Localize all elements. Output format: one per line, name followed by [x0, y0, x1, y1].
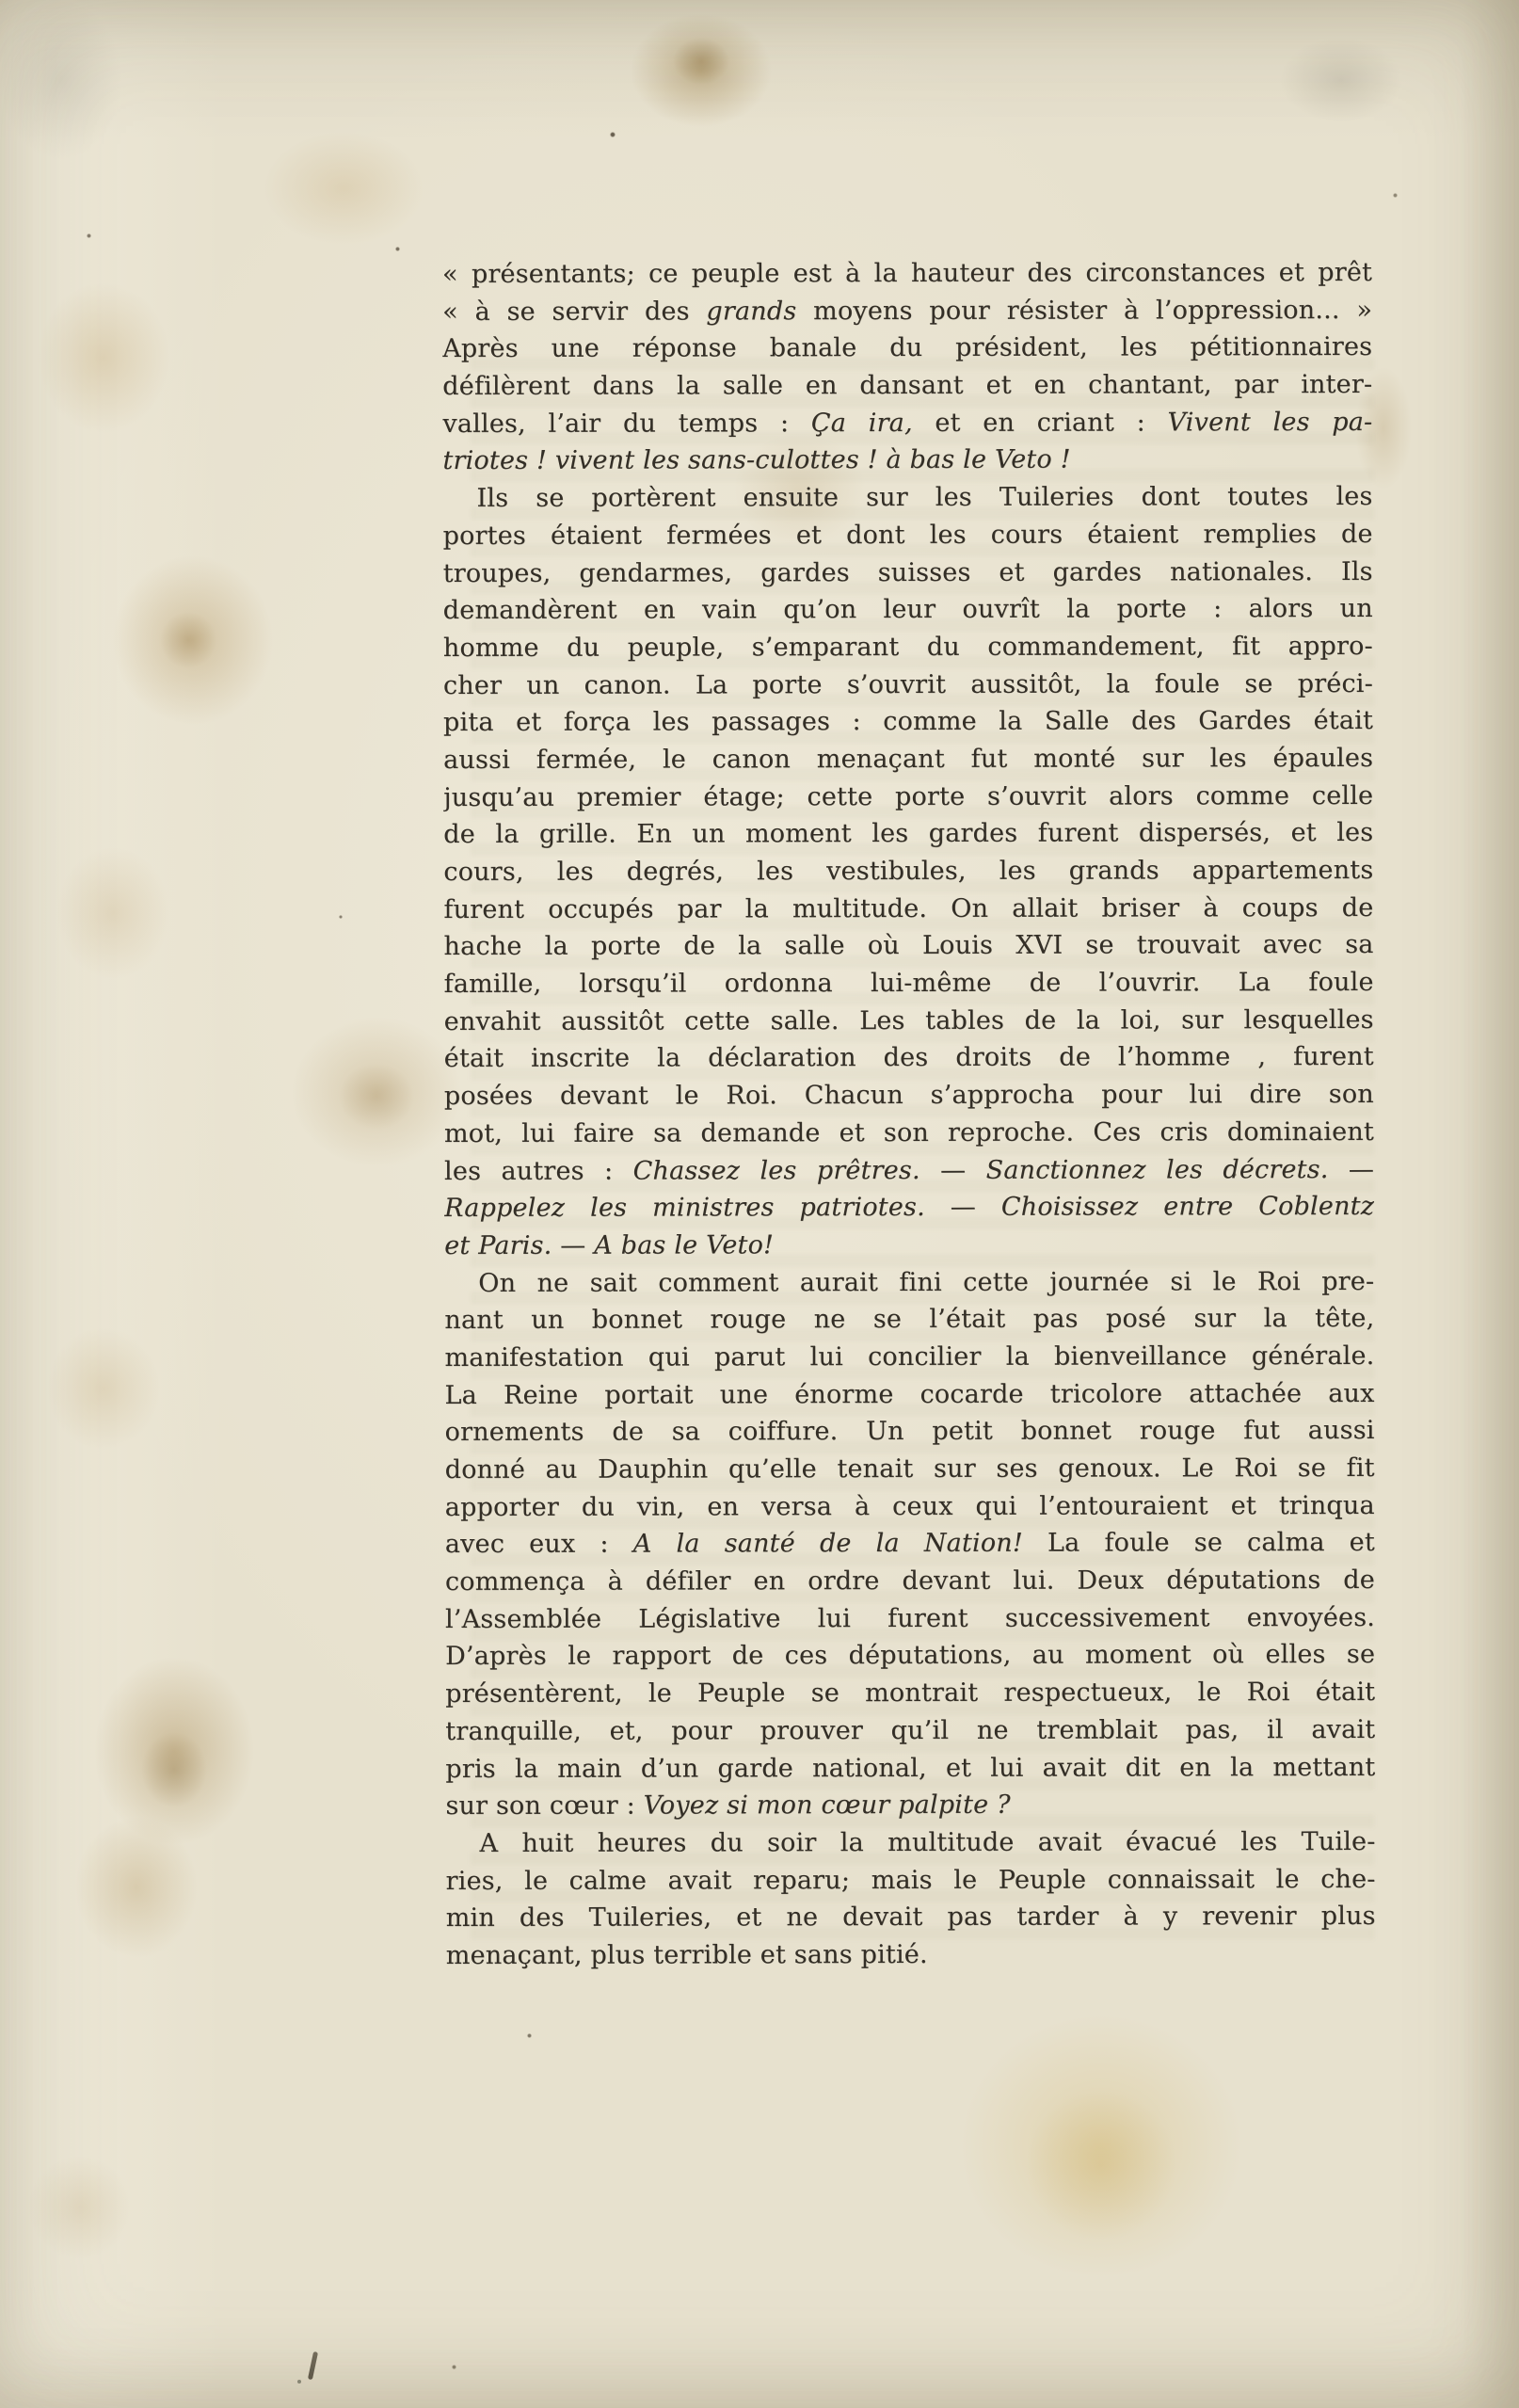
text-segment: et en criant : — [913, 408, 1168, 438]
text-segment: ries, le calme avait reparu; mais le Peu… — [446, 1864, 1376, 1895]
text-segment: donné au Dauphin qu’elle tenait sur ses … — [445, 1453, 1375, 1485]
text-line: aussi fermée, le canon menaçant fut mont… — [443, 740, 1373, 779]
text-segment: On ne sait comment aurait fini cette jou… — [478, 1266, 1374, 1297]
text-segment: envahit aussitôt cette salle. Les tables… — [444, 1005, 1374, 1036]
text-line: pris la main d’un garde national, et lui… — [445, 1748, 1375, 1788]
text-line: cours, les degrés, les vestibules, les g… — [443, 852, 1373, 891]
text-segment: ornements de sa coiffure. Un petit bonne… — [445, 1416, 1375, 1447]
italic-text-segment: Chassez les prêtres. — [633, 1155, 920, 1185]
italic-text-segment: A bas le Veto! — [594, 1230, 774, 1260]
text-line: apporter du vin, en versa à ceux qui l’e… — [445, 1487, 1375, 1527]
text-segment: famille, lorsqu’il ordonna lui-même de l… — [444, 968, 1374, 999]
text-segment: présentèrent, le Peuple se montrait resp… — [445, 1678, 1375, 1709]
italic-text-segment: Ça ira, — [811, 409, 913, 438]
text-line: ornements de sa coiffure. Un petit bonne… — [445, 1412, 1375, 1452]
ink-mark — [308, 2352, 318, 2380]
italic-text-segment: et Paris. — [444, 1231, 552, 1260]
text-segment: apporter du vin, en versa à ceux qui l’e… — [445, 1491, 1375, 1522]
text-line: les autres : Chassez les prêtres. — Sanc… — [444, 1150, 1374, 1190]
text-line: jusqu’au premier étage; cette porte s’ou… — [443, 778, 1373, 817]
text-segment: portes étaient fermées et dont les cours… — [443, 520, 1373, 551]
text-line: sur son cœur : Voyez si mon cœur palpite… — [445, 1786, 1375, 1825]
text-segment: homme du peuple, s’emparant du commandem… — [443, 632, 1373, 663]
text-line: défilèrent dans la salle en dansant et e… — [442, 366, 1372, 406]
italic-text-segment: Voyez si mon cœur palpite ? — [644, 1790, 1011, 1821]
book-page: « présentants; ce peuple est à la hauteu… — [0, 0, 1519, 2408]
text-segment: nant un bonnet rouge ne se l’était pas p… — [444, 1304, 1374, 1335]
text-line: donné au Dauphin qu’elle tenait sur ses … — [445, 1450, 1375, 1489]
text-segment: avec eux : — [445, 1530, 633, 1559]
text-segment: de la grille. En un moment les gardes fu… — [443, 818, 1373, 849]
text-segment: cours, les degrés, les vestibules, les g… — [443, 856, 1373, 887]
text-segment: D’après le rapport de ces députations, a… — [445, 1640, 1375, 1671]
text-segment: sur son cœur : — [445, 1791, 643, 1821]
text-line: avec eux : A la santé de la Nation! La f… — [445, 1524, 1375, 1564]
text-line: envahit aussitôt cette salle. Les tables… — [444, 1002, 1374, 1041]
text-line: La Reine portait une énorme cocarde tric… — [444, 1375, 1374, 1415]
text-segment: furent occupés par la multitude. On alla… — [443, 893, 1373, 924]
text-line: triotes ! vivent les sans-culottes ! à b… — [442, 441, 1372, 480]
text-line: furent occupés par la multitude. On alla… — [443, 890, 1373, 929]
italic-text-segment: triotes ! vivent les sans-culottes ! à b… — [442, 445, 1070, 475]
text-segment: — — [925, 1193, 1001, 1222]
text-line: famille, lorsqu’il ordonna lui-même de l… — [444, 964, 1374, 1003]
text-line: « présentants; ce peuple est à la hauteu… — [442, 254, 1372, 294]
italic-text-segment: Choisissez entre Coblentz — [1001, 1192, 1374, 1222]
text-line: hache la porte de la salle où Louis XVI … — [443, 926, 1373, 966]
text-line: A huit heures du soir la multitude avait… — [445, 1823, 1375, 1863]
text-line: Rappelez les ministres patriotes. — Choi… — [444, 1188, 1374, 1228]
page-text: « présentants; ce peuple est à la hauteu… — [442, 254, 1376, 1975]
text-segment: — — [920, 1155, 986, 1184]
text-segment: Après une réponse banale du président, l… — [442, 332, 1372, 363]
text-line: valles, l’air du temps : Ça ira, et en c… — [442, 404, 1372, 443]
italic-text-segment: A la santé de la Nation! — [633, 1529, 1023, 1559]
text-line: de la grille. En un moment les gardes fu… — [443, 814, 1373, 854]
text-segment: pita et força les passages : comme la Sa… — [443, 706, 1373, 737]
text-segment: commença à défiler en ordre devant lui. … — [445, 1565, 1375, 1597]
text-segment: La foule se calma et — [1023, 1528, 1375, 1558]
text-line: commença à défiler en ordre devant lui. … — [445, 1562, 1375, 1601]
text-line: nant un bonnet rouge ne se l’était pas p… — [444, 1300, 1374, 1340]
text-segment: aussi fermée, le canon menaçant fut mont… — [443, 744, 1373, 775]
text-line: Après une réponse banale du président, l… — [442, 329, 1372, 368]
text-segment: troupes, gendarmes, gardes suisses et ga… — [443, 556, 1373, 587]
text-segment: était inscrite la déclaration des droits… — [444, 1042, 1374, 1073]
italic-text-segment: Sanctionnez les décrets. — [986, 1155, 1329, 1185]
text-segment: « présentants; ce peuple est à la hauteu… — [442, 258, 1372, 289]
text-segment: l’Assemblée Législative lui furent succe… — [445, 1603, 1375, 1634]
italic-text-segment: grands — [706, 297, 796, 326]
text-segment: posées devant le Roi. Chacun s’approcha … — [444, 1080, 1374, 1111]
text-line: « à se servir des grands moyens pour rés… — [442, 292, 1372, 331]
text-line: était inscrite la déclaration des droits… — [444, 1038, 1374, 1078]
text-segment: La Reine portait une énorme cocarde tric… — [445, 1379, 1375, 1410]
text-line: troupes, gendarmes, gardes suisses et ga… — [443, 553, 1373, 592]
text-line: tranquille, et, pour prouver qu’il ne tr… — [445, 1711, 1375, 1751]
text-line: On ne sait comment aurait fini cette jou… — [444, 1262, 1374, 1302]
text-line: l’Assemblée Législative lui furent succe… — [445, 1599, 1375, 1639]
text-line: menaçant, plus terrible et sans pitié. — [446, 1935, 1376, 1975]
text-segment: cher un canon. La porte s’ouvrit aussitô… — [443, 668, 1373, 699]
text-segment: — — [1328, 1154, 1374, 1183]
text-segment: manifestation qui parut lui concilier la… — [444, 1341, 1374, 1373]
text-segment: hache la porte de la salle où Louis XVI … — [444, 930, 1374, 961]
text-segment: Ils se portèrent ensuite sur les Tuileri… — [477, 482, 1373, 513]
ink-dot — [297, 2380, 301, 2384]
text-segment: jusqu’au premier étage; cette porte s’ou… — [443, 781, 1373, 812]
text-segment: pris la main d’un garde national, et lui… — [445, 1752, 1375, 1783]
text-segment: demandèrent en vain qu’on leur ouvrît la… — [443, 594, 1373, 625]
text-segment: les autres : — [444, 1156, 633, 1185]
text-line: homme du peuple, s’emparant du commandem… — [443, 628, 1373, 667]
text-segment: tranquille, et, pour prouver qu’il ne tr… — [445, 1715, 1375, 1746]
text-line: posées devant le Roi. Chacun s’approcha … — [444, 1076, 1374, 1116]
text-segment: mot, lui faire sa demande et son reproch… — [444, 1117, 1374, 1148]
text-segment: min des Tuileries, et ne devait pas tard… — [446, 1902, 1376, 1933]
text-segment: valles, l’air du temps : — [442, 409, 811, 439]
text-segment: moyens pour résister à l’oppression... » — [796, 296, 1372, 326]
text-line: mot, lui faire sa demande et son reproch… — [444, 1114, 1374, 1153]
text-segment: menaçant, plus terrible et sans pitié. — [446, 1940, 928, 1970]
text-line: et Paris. — A bas le Veto! — [444, 1226, 1374, 1265]
text-line: min des Tuileries, et ne devait pas tard… — [446, 1898, 1376, 1937]
text-segment: « à se servir des — [442, 297, 706, 327]
text-line: ries, le calme avait reparu; mais le Peu… — [446, 1860, 1376, 1900]
text-segment: défilèrent dans la salle en dansant et e… — [442, 370, 1372, 401]
text-line: manifestation qui parut lui concilier la… — [444, 1338, 1374, 1377]
italic-text-segment: Rappelez les ministres patriotes. — [444, 1193, 925, 1223]
text-line: Ils se portèrent ensuite sur les Tuileri… — [442, 478, 1372, 518]
text-line: portes étaient fermées et dont les cours… — [443, 516, 1373, 555]
text-segment: — — [552, 1231, 594, 1260]
text-line: D’après le rapport de ces députations, a… — [445, 1636, 1375, 1676]
italic-text-segment: Vivent les pa- — [1168, 408, 1373, 437]
text-segment: A huit heures du soir la multitude avait… — [479, 1827, 1375, 1858]
text-line: demandèrent en vain qu’on leur ouvrît la… — [443, 590, 1373, 630]
text-line: pita et força les passages : comme la Sa… — [443, 702, 1373, 742]
text-line: cher un canon. La porte s’ouvrit aussitô… — [443, 665, 1373, 704]
text-line: présentèrent, le Peuple se montrait resp… — [445, 1674, 1375, 1713]
